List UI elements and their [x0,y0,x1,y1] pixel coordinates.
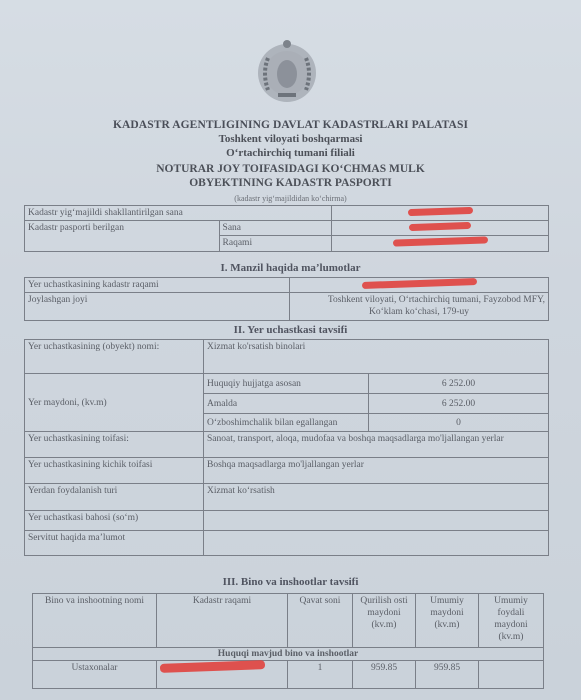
price-value [204,511,549,531]
issued-label: Kadastr pasporti berilgan [25,221,220,252]
usage-value: Xizmat ko‘rsatish [204,484,549,511]
document-subtitle: (kadastr yig‘majildidan ko‘chirma) [0,194,581,203]
section3-title: III. Bino va inshootlar tavsifi [0,576,581,588]
building-total-area: 959.85 [416,661,479,689]
price-label: Yer uchastkasi bahosi (so‘m) [25,511,204,531]
area-actual-value: 6 252.00 [369,394,549,414]
group-title: Huquqi mavjud bino va inshootlar [33,648,544,661]
cadastral-number-label: Yer uchastkasining kadastr raqami [25,278,290,293]
col-useful-area: Umumiy foydali maydoni (kv.m) [479,594,544,648]
col-cadastral-number: Kadastr raqami [157,594,288,648]
building-name: Ustaxonalar [33,661,157,689]
land-plot-table: Yer uchastkasining (obyekt) nomi: Xizmat… [24,339,549,556]
number-label: Raqami [219,236,331,252]
col-total-area: Umumiy maydoni (kv.m) [416,594,479,648]
area-label: Yer maydoni, (kv.m) [25,374,204,432]
table-row: Ustaxonalar 1 959.85 959.85 [33,661,544,689]
category-value: Sanoat, transport, aloqa, mudofaa va bos… [204,432,549,458]
formation-date-value [332,206,549,221]
location-label: Joylashgan joyi [25,293,290,321]
region-title: Toshkent viloyati boshqarmasi [0,133,581,145]
building-footprint: 959.85 [353,661,416,689]
section1-title: I. Manzil haqida ma’lumotlar [0,262,581,274]
document-page: KADASTR AGENTLIGINING DAVLAT KADASTRLARI… [0,0,581,700]
object-name-label: Yer uchastkasining (obyekt) nomi: [25,340,204,374]
building-useful-area [479,661,544,689]
area-legal-label: Huquqiy hujjatga asosan [204,374,369,394]
buildings-table: Bino va inshootning nomi Kadastr raqami … [32,593,544,689]
document-title-line2: OBYEKTINING KADASTR PASPORTI [0,177,581,189]
location-value: Toshkent viloyati, O‘rtachirchiq tumani,… [290,293,549,321]
object-name-value: Xizmat ko'rsatish binolari [204,340,549,374]
building-floors: 1 [288,661,353,689]
issued-date-value [332,221,549,236]
cadastral-number-value [290,278,549,293]
coat-of-arms-icon [254,38,320,104]
col-building-name: Bino va inshootning nomi [33,594,157,648]
usage-label: Yerdan foydalanish turi [25,484,204,511]
address-table: Yer uchastkasining kadastr raqami Joylas… [24,277,549,321]
date-label: Sana [219,221,331,236]
area-actual-label: Amalda [204,394,369,414]
subcategory-value: Boshqa maqsadlarga mo'ljallangan yerlar [204,458,549,484]
servitude-label: Servitut haqida ma’lumot [25,531,204,556]
area-unauthorized-value: 0 [369,414,549,432]
formation-date-label: Kadastr yig‘majildi shakllantirilgan san… [25,206,332,221]
passport-info-table: Kadastr yig‘majildi shakllantirilgan san… [24,205,549,252]
category-label: Yer uchastkasining toifasi: [25,432,204,458]
subcategory-label: Yer uchastkasining kichik toifasi [25,458,204,484]
location-line2: Ko‘klam ko‘chasi, 179-uy [293,306,545,318]
issued-number-value [332,236,549,252]
building-cadastral-number [157,661,288,689]
location-line1: Toshkent viloyati, O‘rtachirchiq tumani,… [293,294,545,306]
document-title-line1: NOTURAR JOY TOIFASIDAGI KO‘CHMAS MULK [0,163,581,175]
section2-title: II. Yer uchastkasi tavsifi [0,324,581,336]
col-floors: Qavat soni [288,594,353,648]
area-unauthorized-label: O‘zboshimchalik bilan egallangan [204,414,369,432]
servitude-value [204,531,549,556]
col-footprint: Qurilish osti maydoni (kv.m) [353,594,416,648]
branch-title: O‘rtachirchiq tumani filiali [0,147,581,159]
agency-title: KADASTR AGENTLIGINING DAVLAT KADASTRLARI… [0,119,581,131]
area-legal-value: 6 252.00 [369,374,549,394]
